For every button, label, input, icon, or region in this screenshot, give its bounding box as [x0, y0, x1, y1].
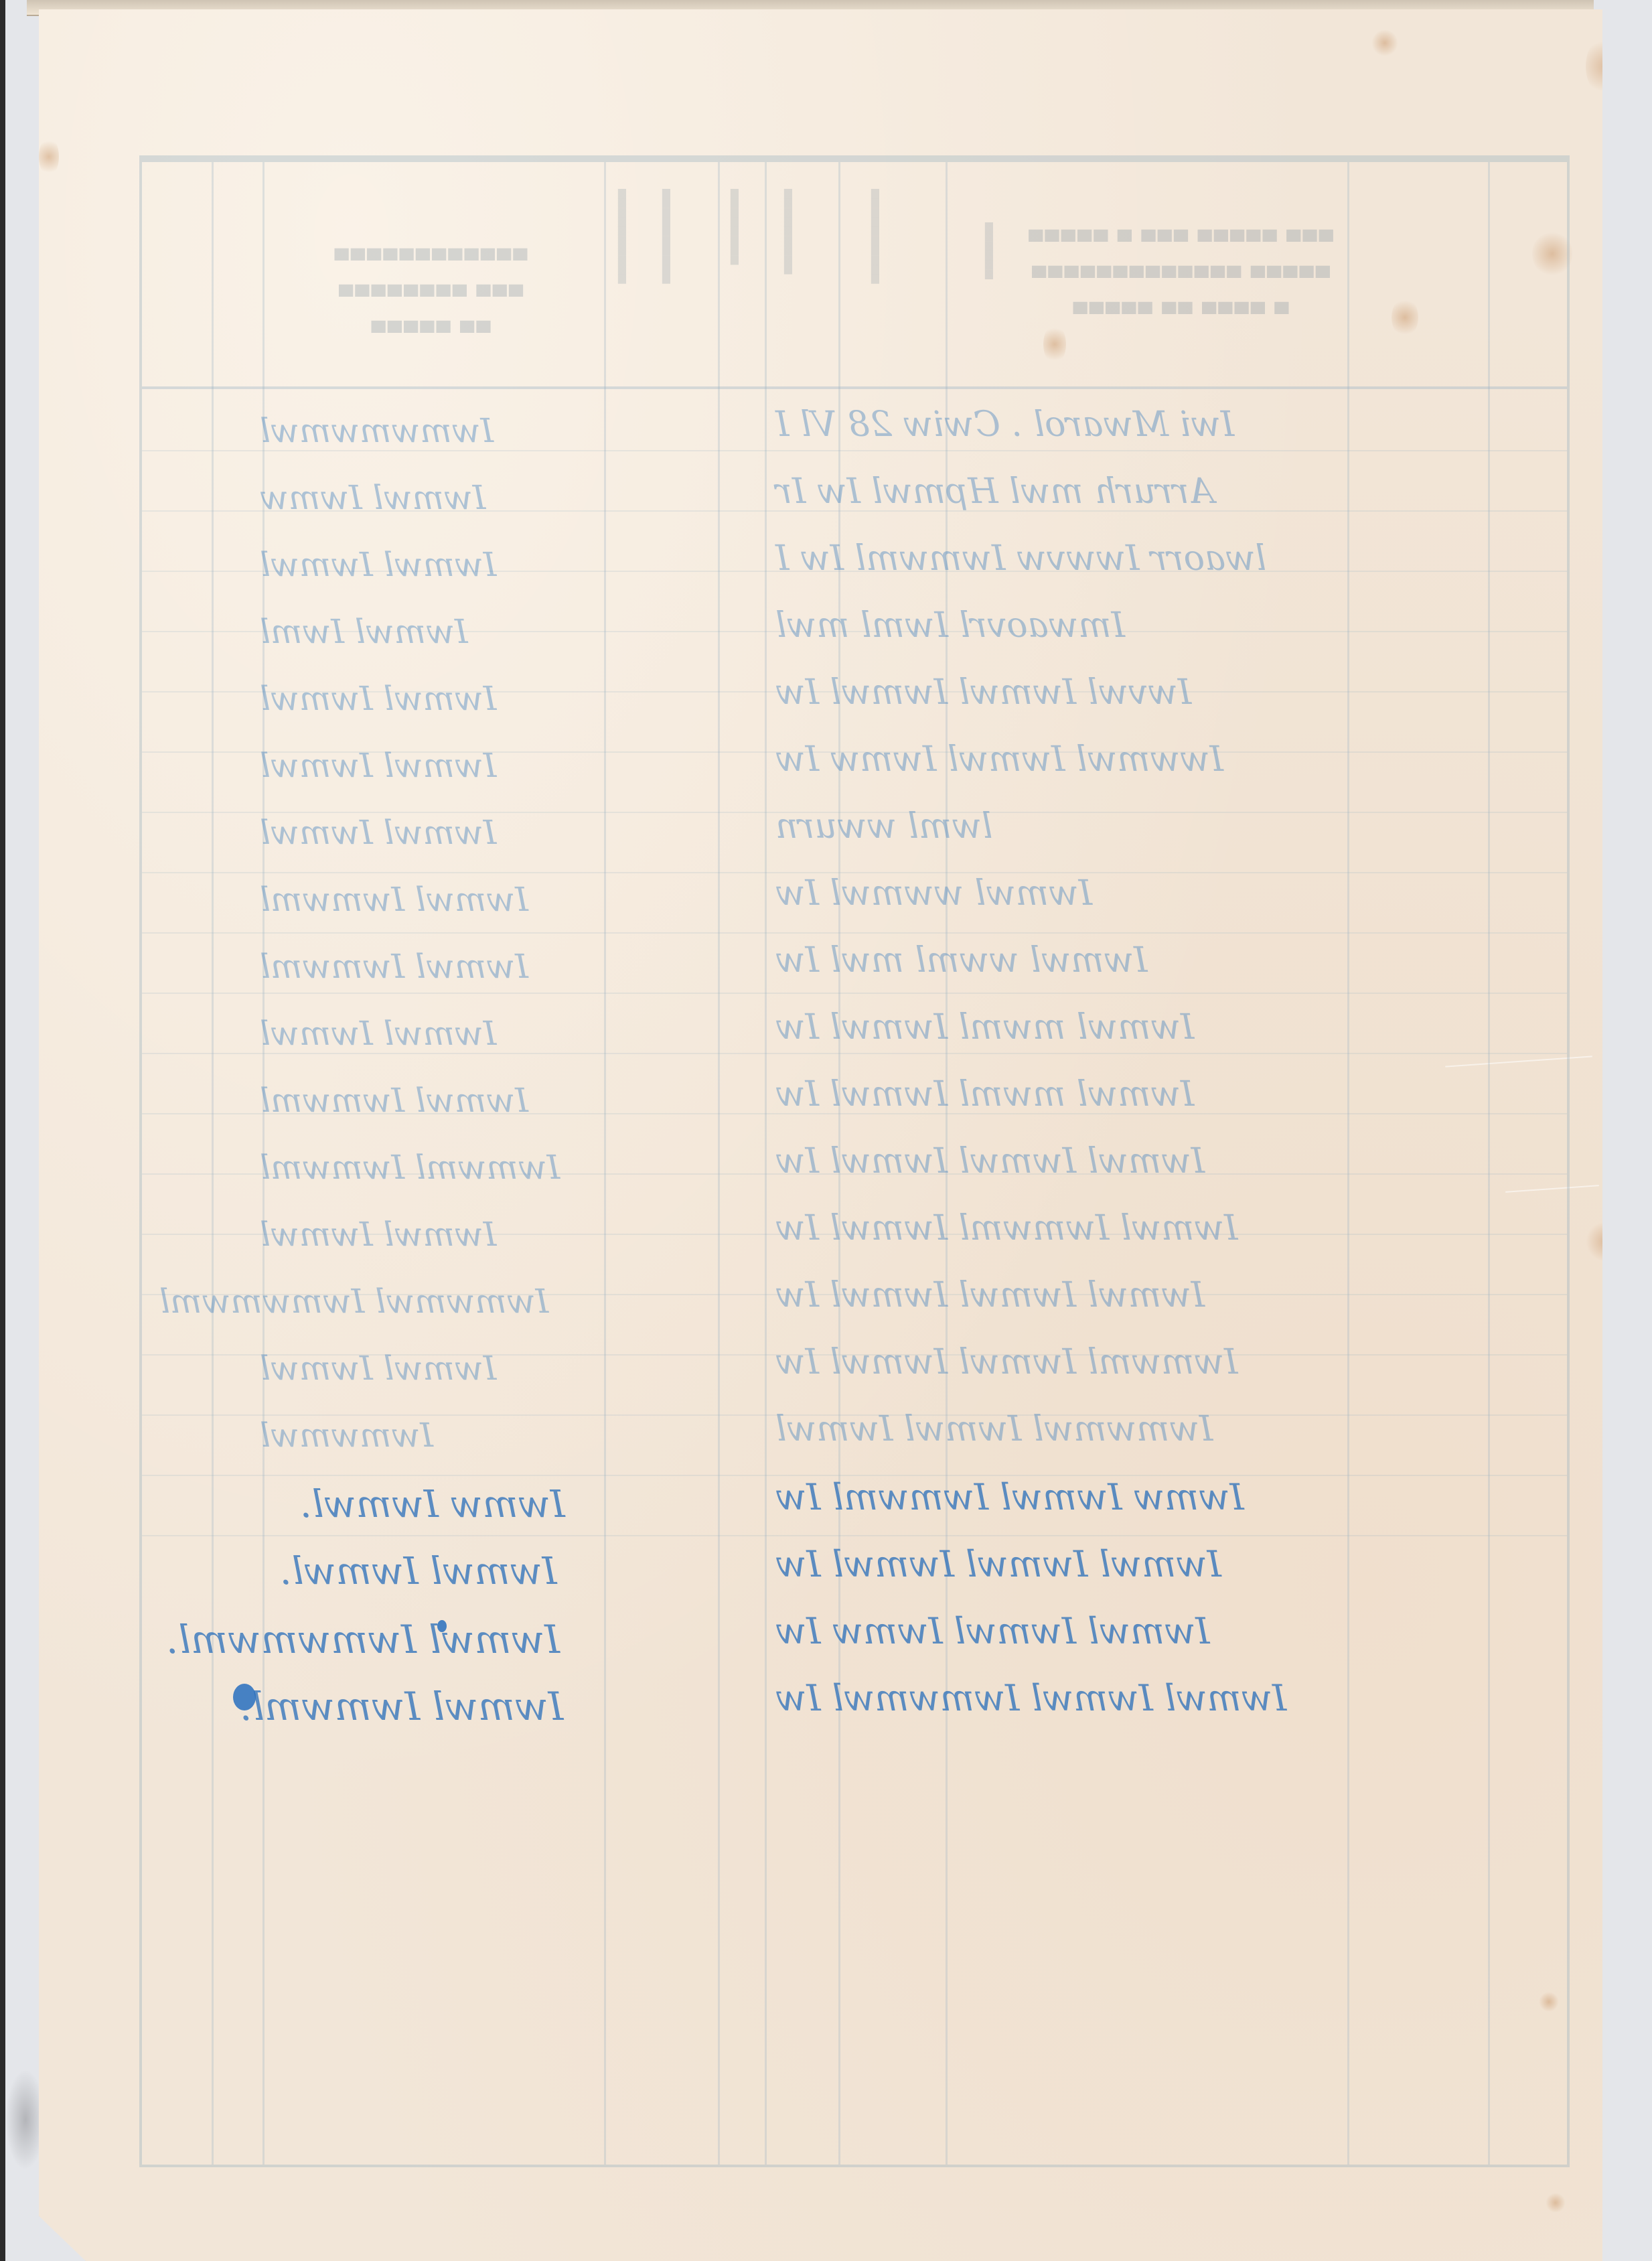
mirrored-handwriting-left: Iwmwmwl [260, 1416, 433, 1455]
mirrored-handwriting-left: Iwmwl Iwmw [260, 478, 485, 517]
mirrored-vertical-header: ▀▀▀▀▀▀▀▀▀ [785, 189, 800, 350]
mirrored-handwriting-left: Iwmwl Iwmwml [260, 947, 528, 986]
row-line [142, 450, 1567, 451]
ink-blot [437, 1620, 447, 1632]
mirrored-handwriting-left: Iwmwl Iwmwl [260, 1349, 496, 1388]
mirrored-handwriting-left: Iwmwl Iwmwl [260, 679, 496, 718]
mirrored-header-right: ▀▀▀ ▀▀▀▀▀ ▀▀▀ ▀ ▀▀▀▀▀▀▀▀▀▀ ▀▀▀▀▀▀▀▀▀▀▀▀▀… [1019, 224, 1341, 332]
mirrored-handwriting-left: Iwmwml Iwmwml [260, 1148, 560, 1187]
mirrored-handwriting-row: Iwi Mwarol . Cwiw 28 Vl I [775, 405, 1234, 445]
mirrored-handwriting-left: Iwmwl Iwmwl [260, 1215, 496, 1254]
mirrored-handwriting-row: Iwmwmwl Iwmwl Iwmwl [775, 1409, 1213, 1449]
mirrored-handwriting-row: Iwmwl Iwmwml Iwmwl Iw [775, 1208, 1237, 1248]
mirrored-handwriting-row: Iwmwl Iwmwl Iwmwl Iw [775, 1275, 1205, 1315]
foxing-spot [39, 137, 59, 177]
mirrored-handwriting-row: Iwmw Iwmwl Iwmwml Iw [775, 1476, 1244, 1518]
mirrored-vertical-header: ▀▀▀▀▀▀▀▀▀▀ [619, 189, 634, 350]
mirrored-handwriting-row: Iwvwl Iwmwl Iwmwl Iw [775, 672, 1191, 713]
mirrored-handwriting-row: Iwmwl Iwmwl Iwmwl Iw [775, 1141, 1205, 1181]
mirrored-vertical-header: ▀▀▀▀▀▀ [986, 222, 1001, 343]
foxing-spot [1586, 1222, 1626, 1262]
foxing-spot [1546, 2193, 1566, 2213]
mirrored-handwriting-row: Iwmwl Iwmwl Iwmwmwl Iw [775, 1677, 1286, 1719]
header-separator [142, 386, 1567, 389]
column-line [1347, 162, 1349, 2165]
mirrored-handwriting-left: Iwmwl Iwmwml [260, 880, 528, 919]
column-line [718, 162, 720, 2165]
mirrored-handwriting-left: Iwmwl Iwmwl [260, 746, 496, 785]
column-line [1488, 162, 1490, 2165]
mirrored-handwriting-left: Iwmwl Iwmwml [260, 1081, 528, 1120]
scan-edge-shadow [0, 0, 5, 2261]
mirrored-handwriting-left: Iwmwl Iwmwl [260, 545, 496, 584]
mirrored-signature: Iwmwl Iwmwl. [280, 1550, 557, 1593]
mirrored-handwriting-row: lwaorr Iwwvw Iwmwml Iw I [775, 538, 1266, 579]
mirrored-vertical-header: ▀▀▀▀▀▀▀▀▀▀ [663, 189, 678, 350]
mirrored-handwriting-row: Iwmwl Iwmwl Iwmw Iw [775, 1610, 1210, 1652]
mirrored-handwriting-left: Iwmwl Iwml [260, 612, 468, 651]
mirrored-vertical-header: ▀▀▀▀▀▀▀▀▀▀ [872, 189, 887, 350]
row-line [142, 932, 1567, 934]
mirrored-handwriting-row: Iwmwml Iwmwl Iwmwl Iw [775, 1342, 1237, 1382]
mirrored-handwriting-row: Iwmwl wwml mwl Iw [775, 940, 1148, 980]
mirrored-handwriting-row: Iwwmwl Iwmwl Iwmw Iw [775, 739, 1223, 780]
mirrored-signature: Iwmwl Iwmwmwml. [166, 1617, 560, 1662]
mirrored-handwriting-left: Iwmwl Iwmwl [260, 813, 496, 852]
row-line [142, 1535, 1567, 1536]
mirrored-handwriting-row: Iwmwl mwml Iwmwl Iw [775, 1074, 1194, 1114]
mirrored-handwriting-row: Imwaovrl Iwml mwl [775, 605, 1125, 646]
mirrored-handwriting-row: Iwmwl wwmwl Iw [775, 873, 1092, 914]
mirrored-vertical-header: ▀▀▀▀▀▀▀▀ [731, 189, 747, 350]
ledger-page: ▀▀▀▀▀▀▀▀▀▀▀▀▀▀▀ ▀▀▀▀▀▀▀▀▀▀ ▀▀▀▀▀ ▀▀▀ ▀▀▀… [39, 9, 1602, 2261]
mirrored-signature: Iwmwl Iwmwml. [240, 1684, 563, 1729]
mirrored-handwriting-row: Arrurh mwl Hpmwl Iw Ir [775, 471, 1214, 512]
foxing-spot [1586, 36, 1626, 96]
mirrored-header-left: ▀▀▀▀▀▀▀▀▀▀▀▀▀▀▀ ▀▀▀▀▀▀▀▀▀▀ ▀▀▀▀▀ [296, 242, 564, 351]
column-line [212, 162, 214, 2165]
mirrored-handwriting-left: Iwmwmwmwl [260, 411, 494, 450]
mirrored-handwriting-row: Iwmwl Iwmwl Iwmwl Iw [775, 1543, 1221, 1585]
mirrored-handwriting-left: Iwmwmwl Iwmwmwml [159, 1282, 548, 1321]
mirrored-handwriting-left: Iwmwl Iwmwl [260, 1014, 496, 1053]
column-line [604, 162, 606, 2165]
row-line [142, 1053, 1567, 1054]
row-line [142, 993, 1567, 994]
mirrored-handwriting-row: lwml wwurn [775, 806, 992, 847]
ink-blot [233, 1684, 256, 1710]
mirrored-signature: Iwmw Iwmwl. [300, 1483, 565, 1526]
column-line [765, 162, 767, 2165]
mirrored-handwriting-row: Iwmwl mwml Iwmwl Iw [775, 1007, 1194, 1047]
foxing-spot [1371, 29, 1398, 56]
